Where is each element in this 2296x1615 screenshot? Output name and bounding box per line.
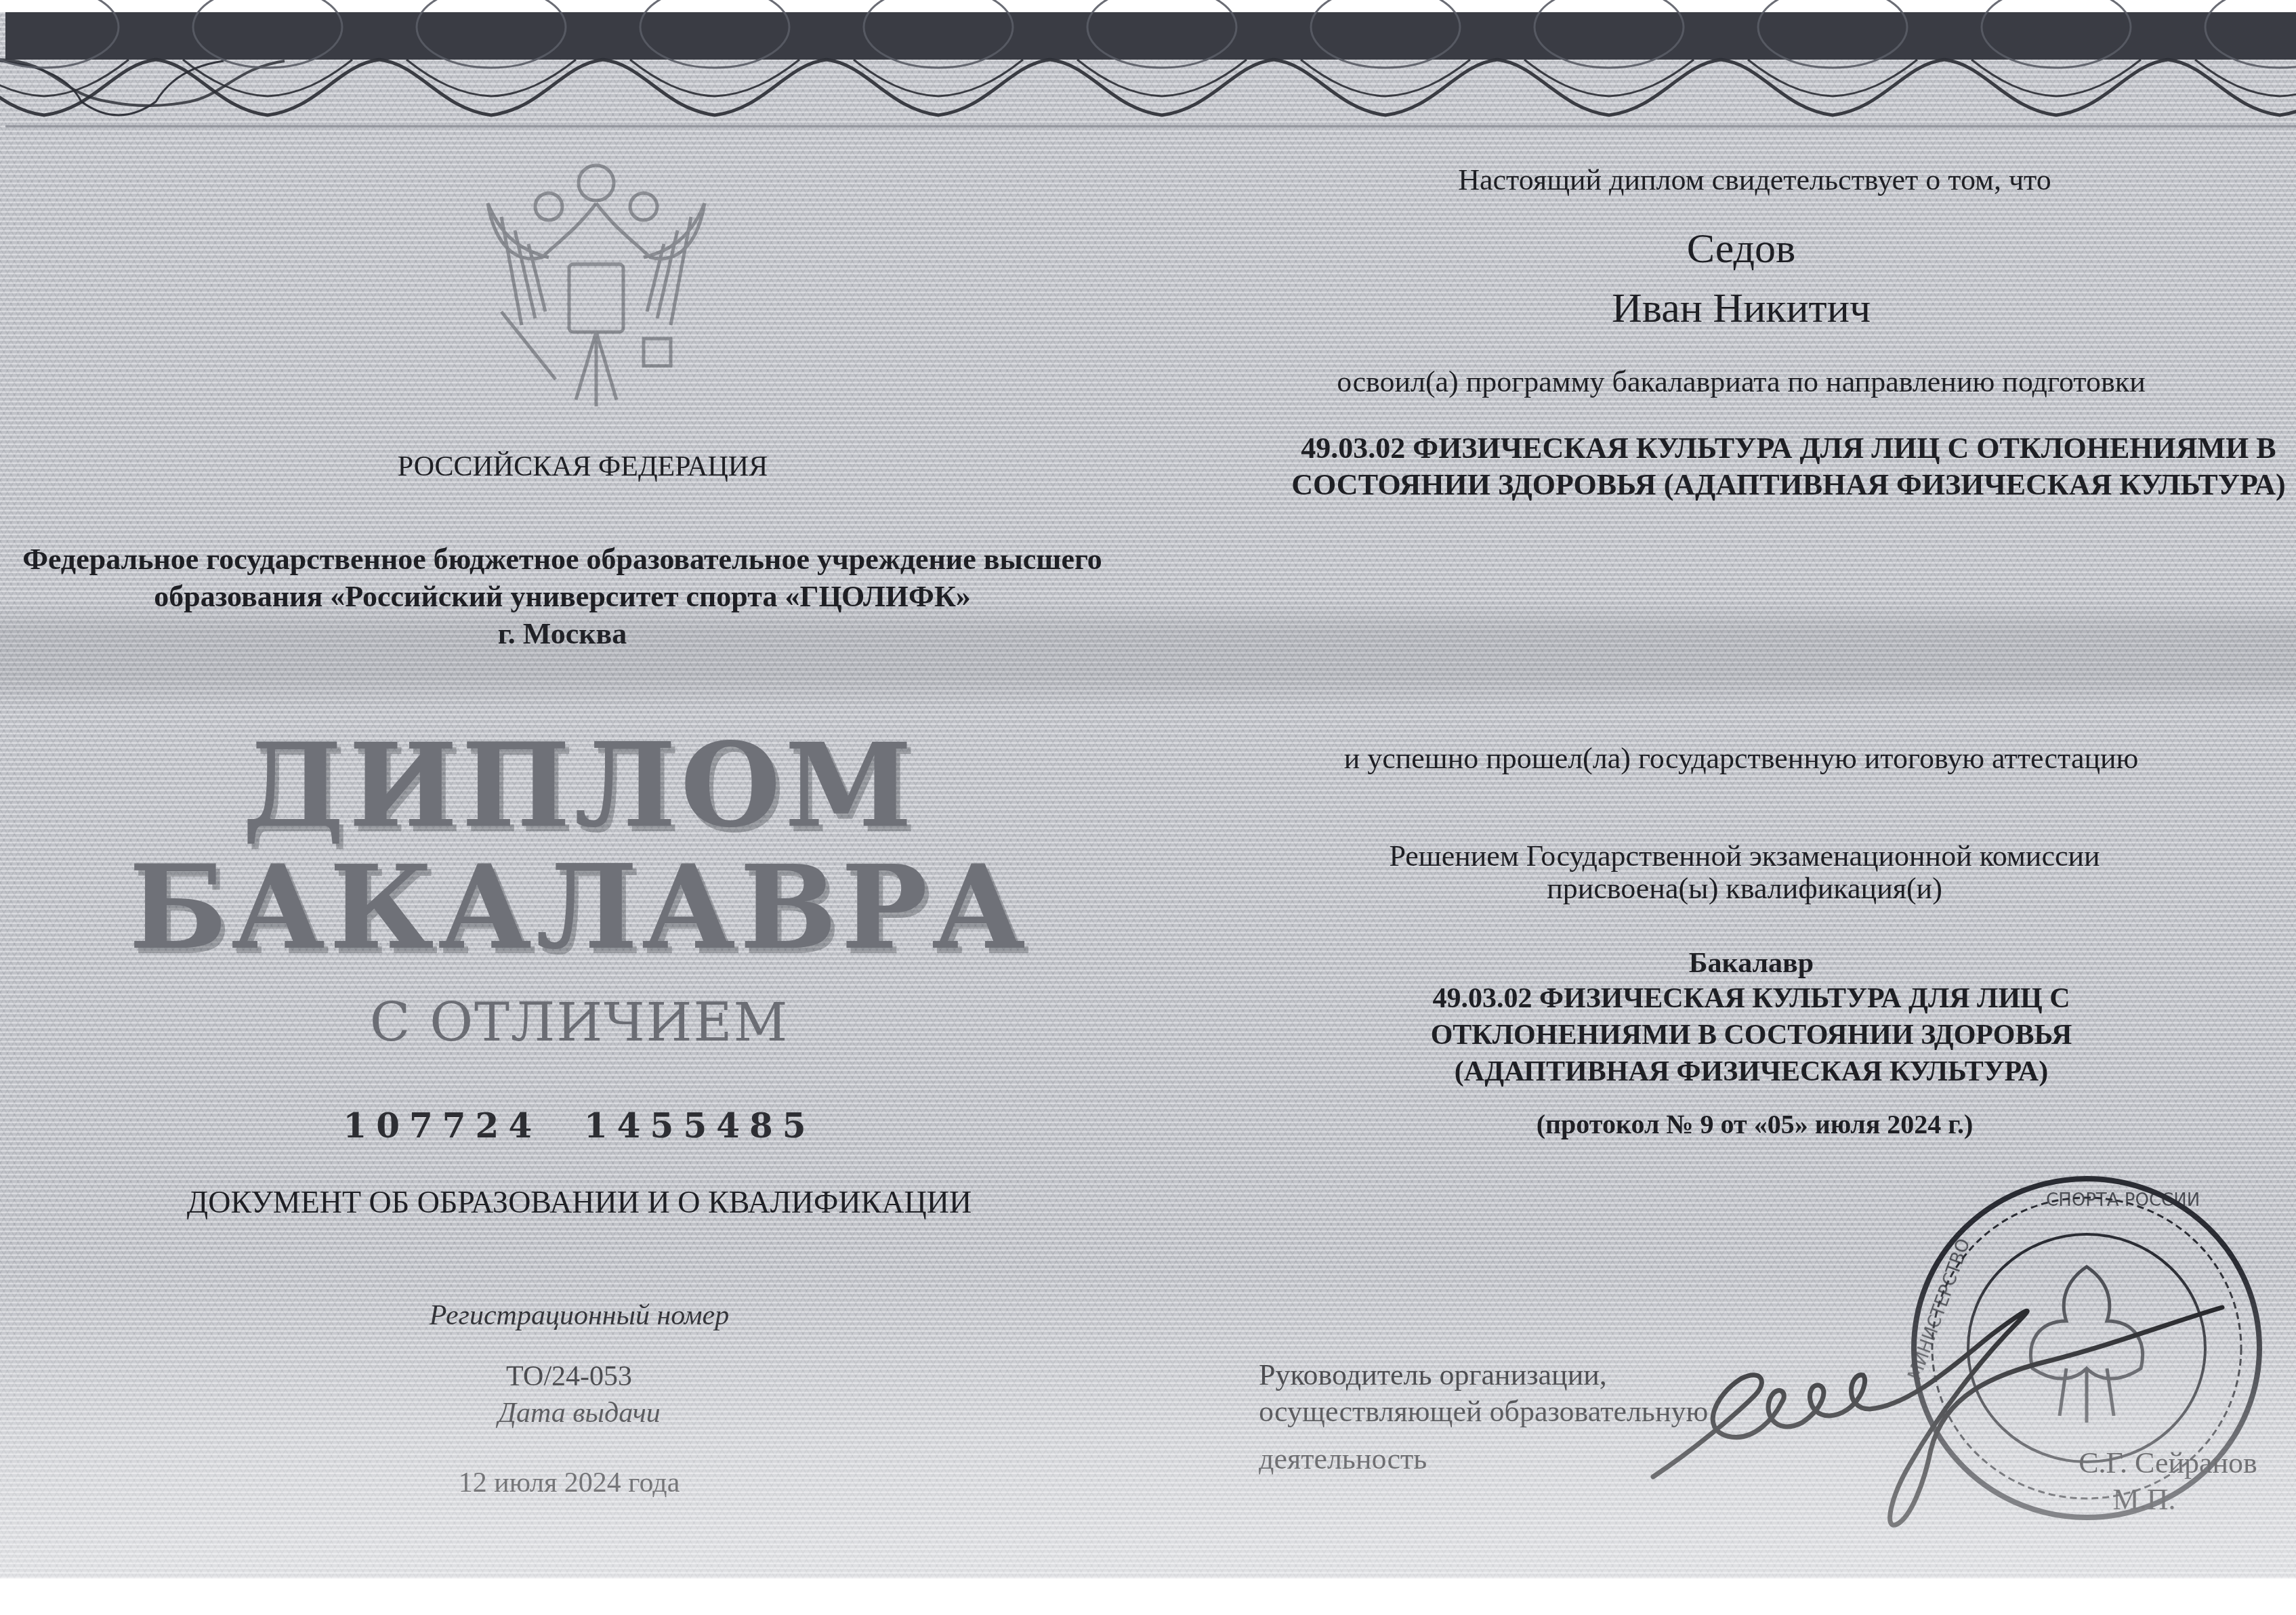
issue-date-label: Дата выдачи [498, 1397, 660, 1429]
serial-number: 107724 1455485 [343, 1106, 815, 1146]
seal-label: М.П. [2113, 1482, 2176, 1517]
diploma-title-line1: ДИПЛОМ [243, 718, 917, 854]
protocol-text: (протокол № 9 от «05» июля 2024 г.) [1537, 1108, 1974, 1140]
qualification-line-2: ОТКЛОНЕНИЯМИ В СОСТОЯНИИ ЗДОРОВЬЯ [1431, 1019, 2072, 1051]
qualification-line-3: (АДАПТИВНАЯ ФИЗИЧЕСКАЯ КУЛЬТУРА) [1455, 1055, 2048, 1088]
signatory-line-3: деятельность [1259, 1442, 1427, 1476]
graduate-given-names: Иван Никитич [1612, 285, 1871, 333]
issue-date: 12 июля 2024 года [459, 1467, 680, 1499]
signatory-name: С.Г. Сейранов [2079, 1446, 2257, 1480]
svg-text:СПОРТА РОССИИ: СПОРТА РОССИИ [2046, 1190, 2200, 1211]
qualification-title: Бакалавр [1689, 947, 1814, 980]
program-intro: освоил(а) программу бакалавриата по напр… [1337, 364, 2145, 399]
institution-line-1: Федеральное государственное бюджетное об… [22, 542, 1102, 576]
commission-line-1: Решением Государственной экзаменационной… [1389, 839, 2100, 873]
qualification-line-1: 49.03.02 ФИЗИЧЕСКАЯ КУЛЬТУРА ДЛЯ ЛИЦ С [1432, 982, 2070, 1015]
country-label: РОССИЙСКАЯ ФЕДЕРАЦИЯ [398, 450, 768, 483]
diploma-title-line2: БАКАЛАВРА [129, 840, 1030, 976]
commission-line-2: присвоена(ы) квалификация(и) [1547, 871, 1942, 906]
russian-coat-of-arms-icon [474, 156, 718, 413]
document-type: ДОКУМЕНТ ОБ ОБРАЗОВАНИИ И О КВАЛИФИКАЦИИ [187, 1184, 972, 1220]
intro-text: Настоящий диплом свидетельствует о том, … [1458, 163, 2051, 197]
program-line-2: СОСТОЯНИИ ЗДОРОВЬЯ (АДАПТИВНАЯ ФИЗИЧЕСКА… [1291, 467, 2285, 502]
guilloche-border [0, 0, 2296, 142]
program-line-1: 49.03.02 ФИЗИЧЕСКАЯ КУЛЬТУРА ДЛЯ ЛИЦ С О… [1301, 431, 2276, 465]
graduate-surname: Седов [1687, 225, 1796, 273]
signatory-line-1: Руководитель организации, [1259, 1358, 1607, 1392]
institution-city: г. Москва [498, 616, 627, 651]
registration-number: ТО/24-053 [506, 1360, 632, 1393]
institution-line-2: образования «Российский университет спор… [154, 579, 971, 614]
diploma-sheet: РОССИЙСКАЯ ФЕДЕРАЦИЯ Федеральное государ… [0, 0, 2296, 1578]
honors-label: С ОТЛИЧИЕМ [370, 992, 789, 1053]
registration-label: Регистрационный номер [430, 1299, 729, 1332]
attestation-text: и успешно прошел(ла) государственную ито… [1344, 741, 2139, 776]
